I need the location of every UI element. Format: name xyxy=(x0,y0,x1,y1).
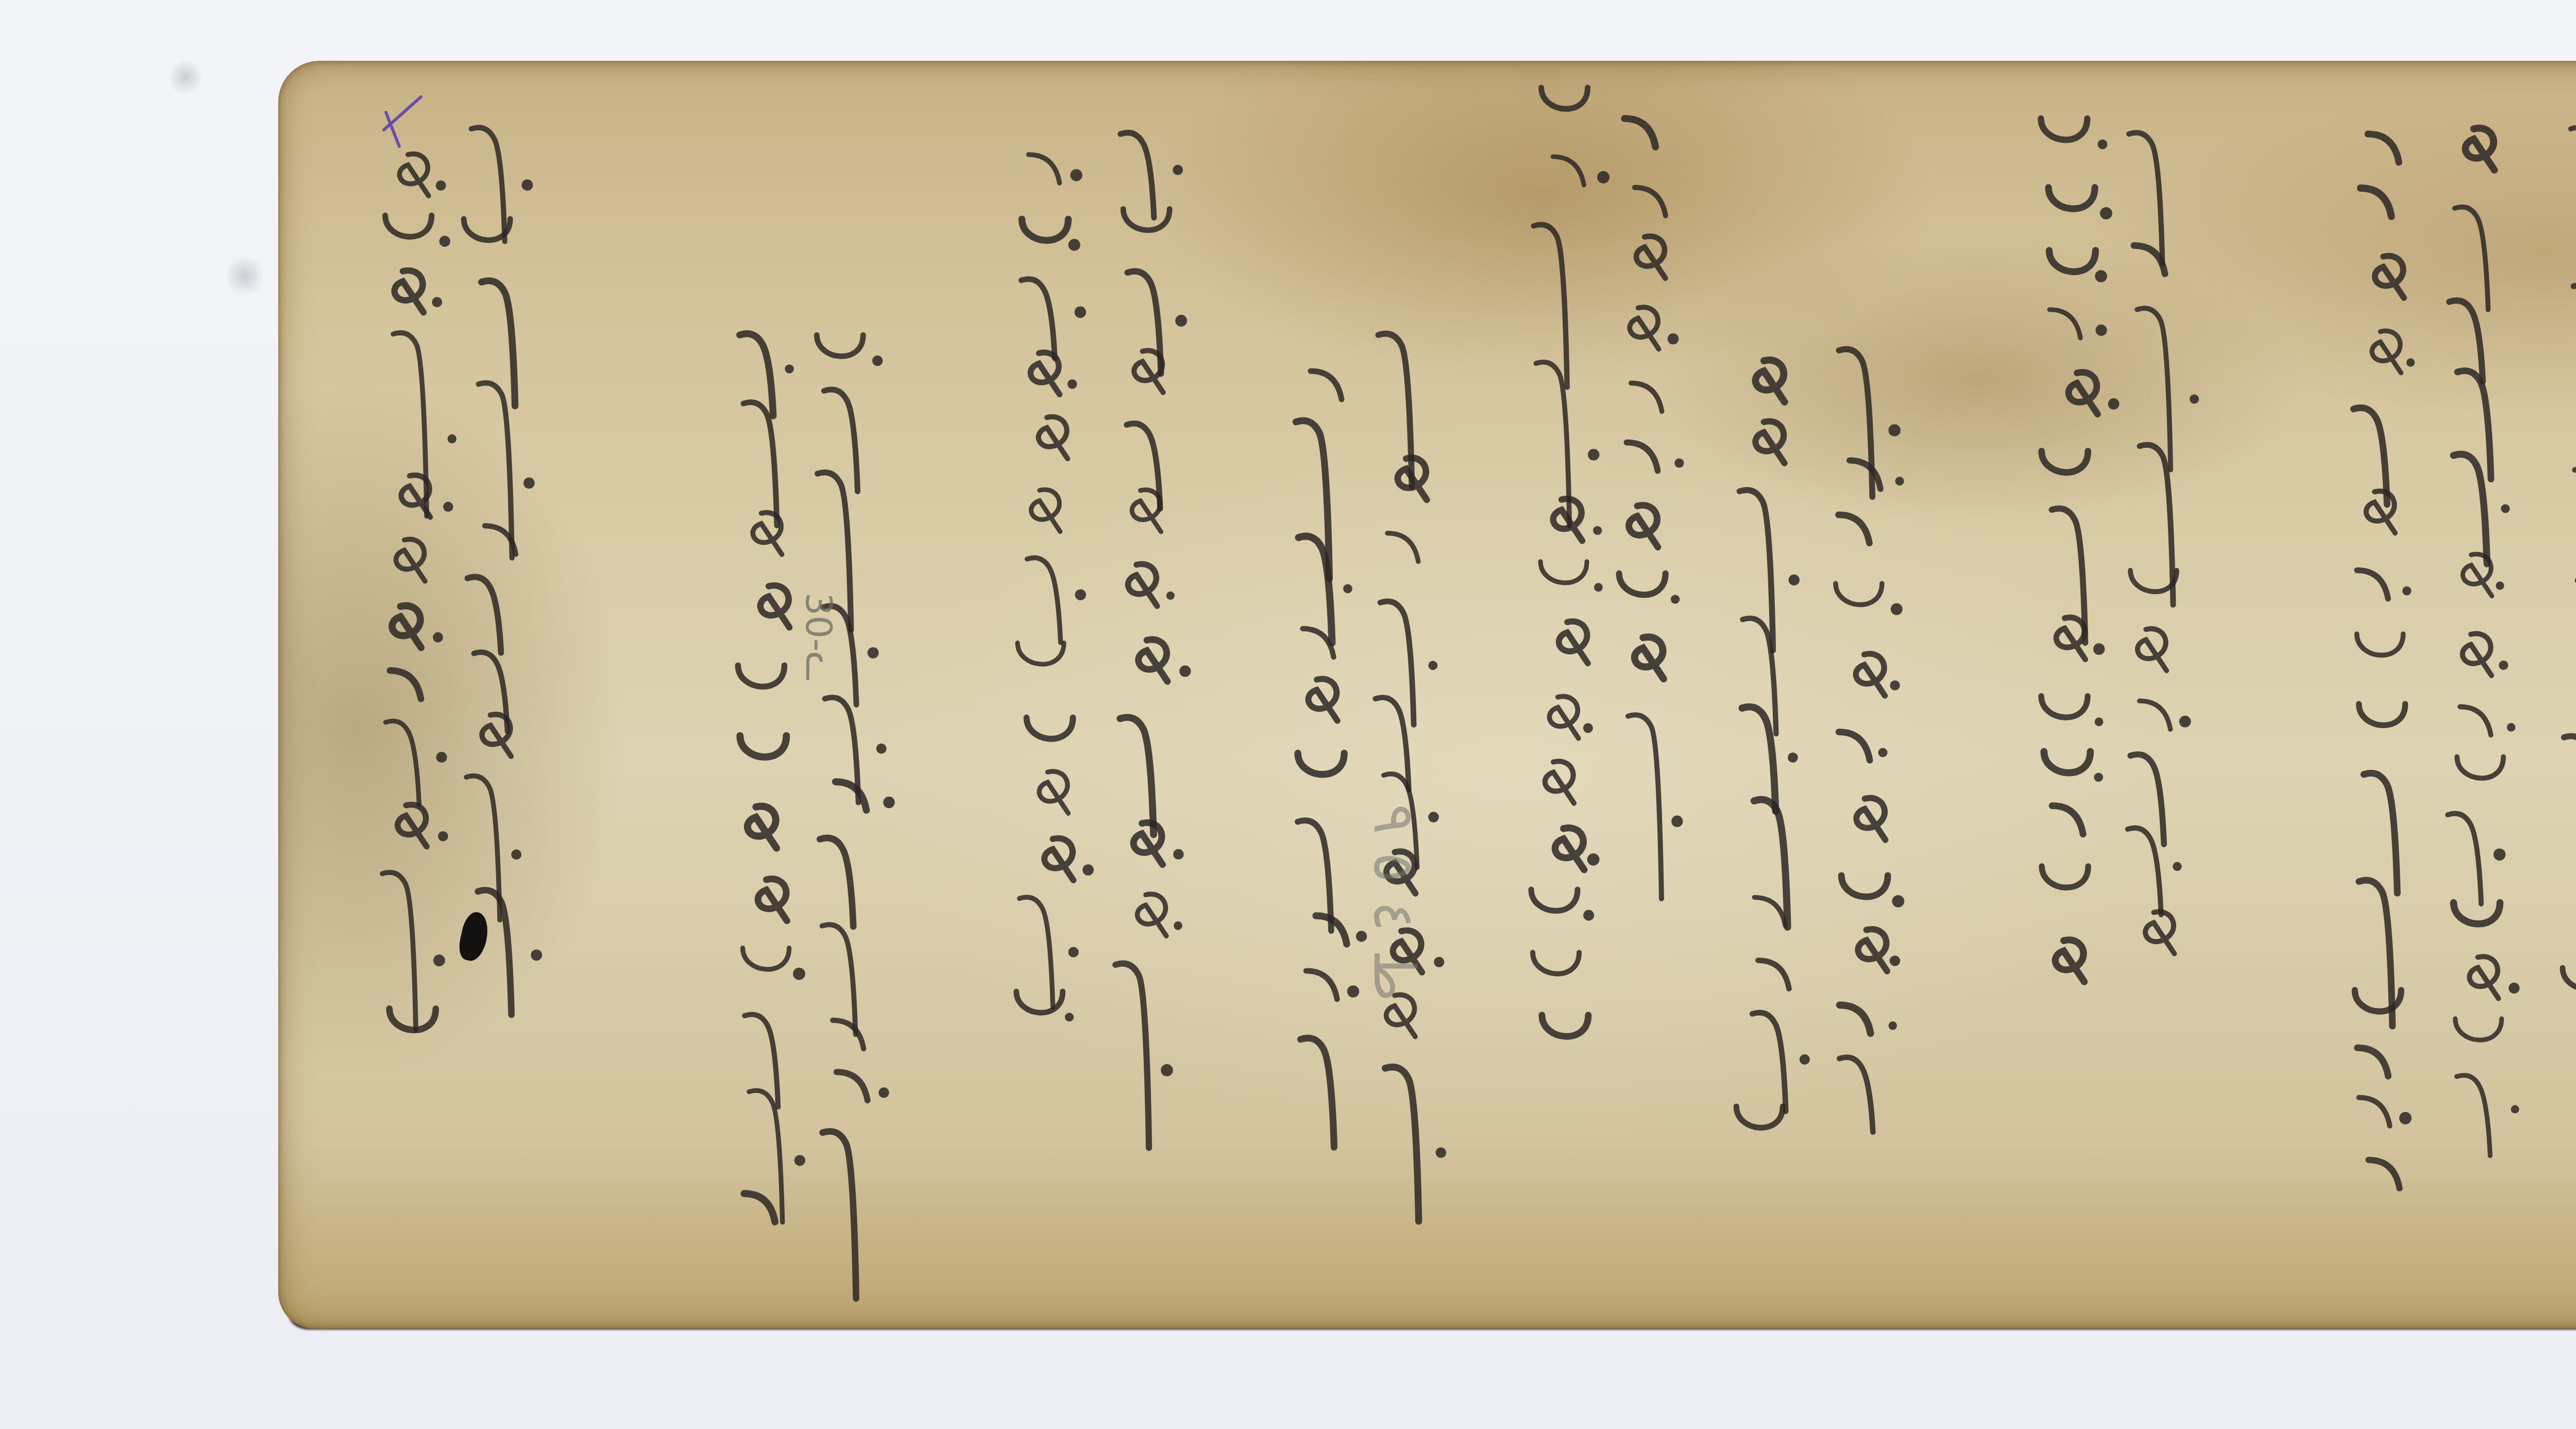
text-line xyxy=(1736,360,1810,1128)
text-line xyxy=(2128,133,2199,954)
text-line xyxy=(2353,134,2415,1188)
text-line xyxy=(817,335,894,1299)
text-line xyxy=(1531,88,1609,1036)
handwritten-text-block xyxy=(278,61,2576,1329)
purple-check-mark-icon xyxy=(379,93,425,149)
text-line xyxy=(2041,119,2119,982)
text-line xyxy=(2563,128,2576,999)
text-line xyxy=(1016,155,1094,1021)
text-line xyxy=(464,128,542,1015)
text-line xyxy=(2448,128,2520,1156)
dust-spot xyxy=(227,253,263,299)
text-line xyxy=(1619,119,1684,899)
dust-spot xyxy=(170,57,201,98)
text-line xyxy=(1375,334,1446,1221)
pencil-folio-number: 30-ᓚ xyxy=(798,593,840,682)
text-line xyxy=(738,334,805,1222)
text-line xyxy=(1115,133,1191,1148)
ink-strokes xyxy=(278,61,2576,1329)
text-line xyxy=(1836,349,1904,1132)
text-line xyxy=(382,154,456,1030)
text-line xyxy=(1296,371,1367,1147)
pencil-annotation: ط ٤ ٥ ٩ xyxy=(1361,804,1427,1002)
